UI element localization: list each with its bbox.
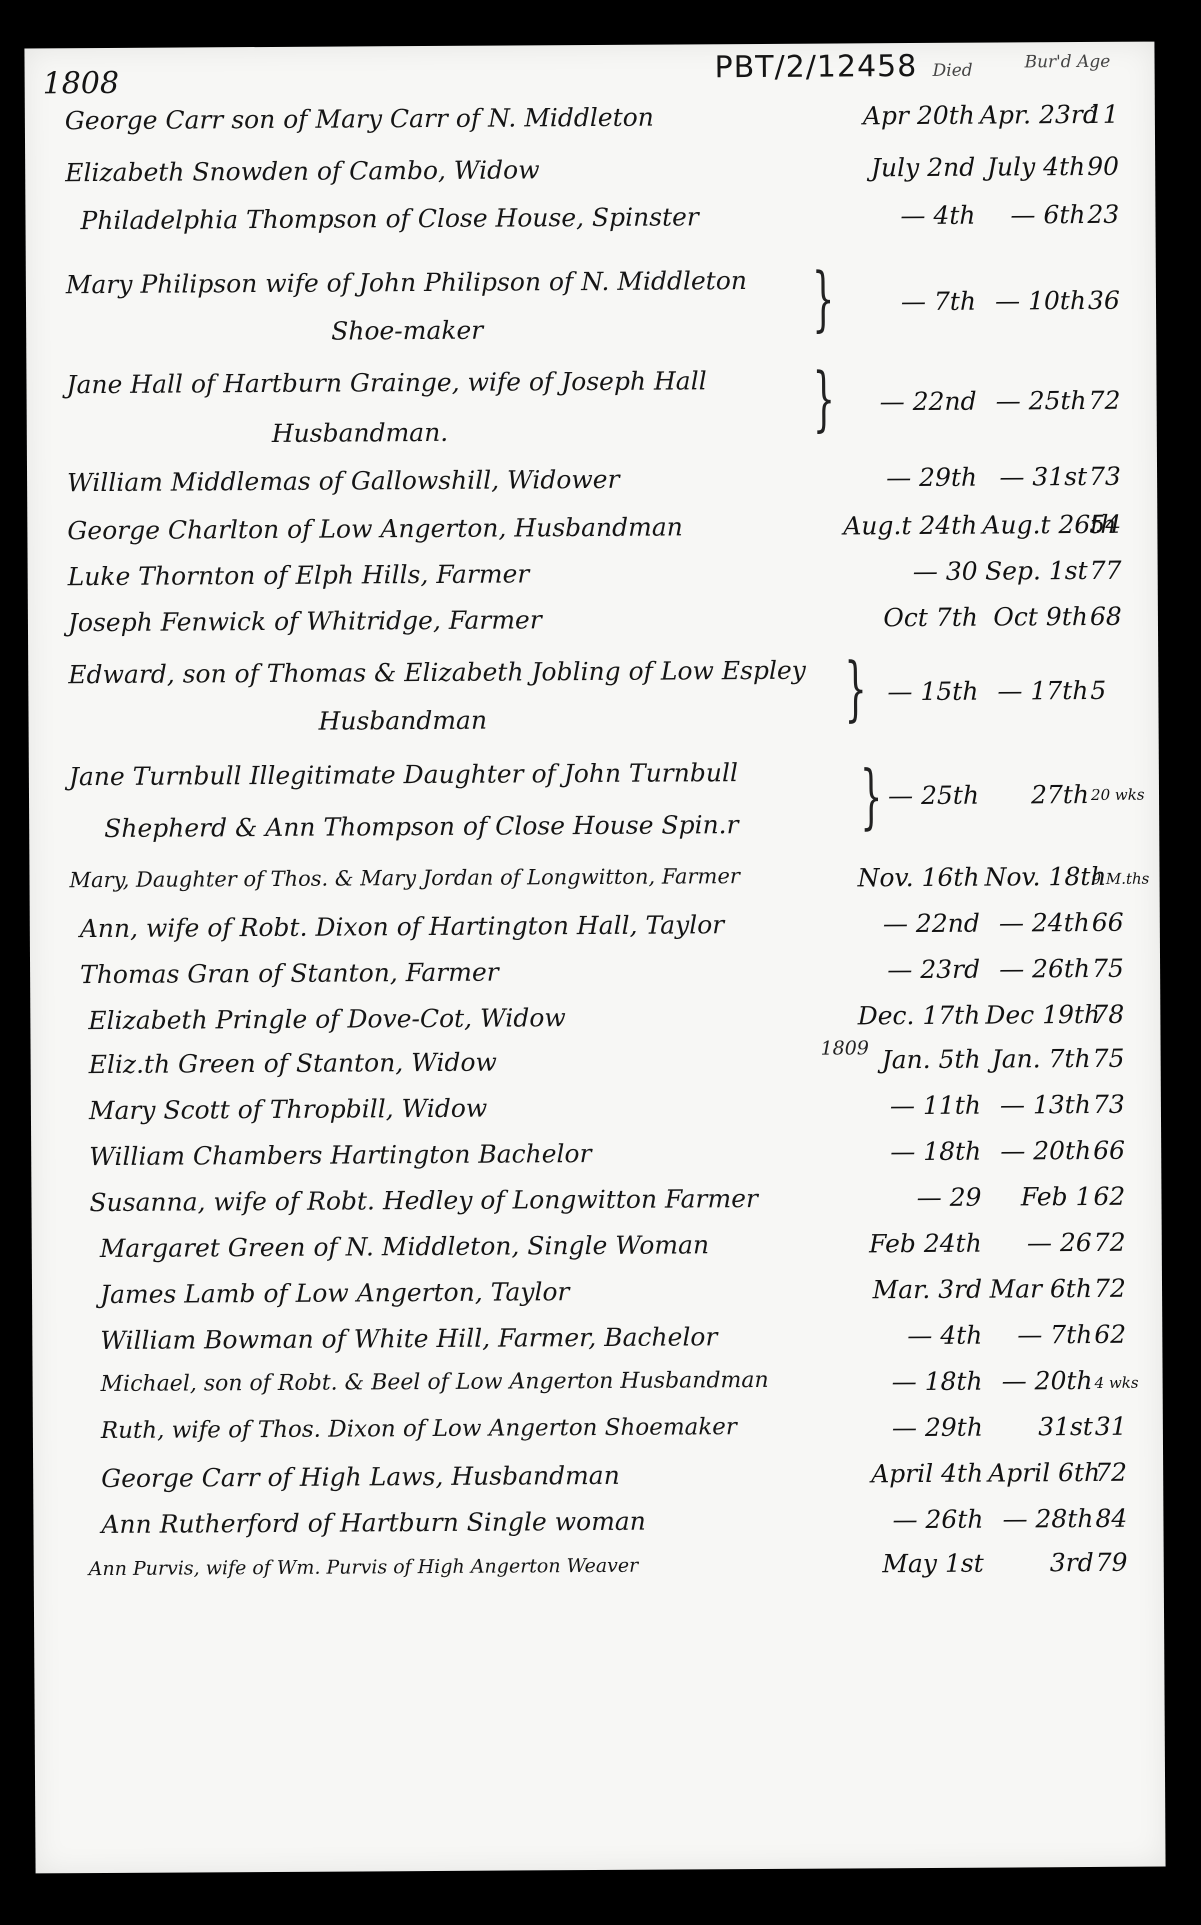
entry-text: William Chambers Hartington Bachelor	[89, 1139, 591, 1171]
buried-date: — 10th	[981, 286, 1086, 316]
died-date: — 4th	[825, 201, 975, 231]
register-year: 1808	[43, 66, 120, 101]
burial-entry: Susanna, wife of Robt. Hedley of Longwit…	[31, 1182, 1161, 1235]
age: 62	[1093, 1182, 1155, 1211]
burial-entry: Mary Philipson wife of John Philipson of…	[26, 264, 1157, 363]
died-date: — 22nd	[830, 909, 980, 939]
burial-entry: Joseph Fenwick of Whitridge, Farmer Oct …	[28, 602, 1158, 655]
died-date: — 11th	[831, 1091, 981, 1121]
burial-entry: Elizabeth Snowden of Cambo, Widow July 2…	[25, 152, 1155, 205]
buried-date: Aug.t 26th	[982, 510, 1087, 540]
entry-text: Luke Thornton of Elph Hills, Farmer	[68, 559, 530, 591]
entry-continuation: Shoe-maker	[331, 316, 483, 346]
age: 73	[1089, 462, 1151, 491]
buried-date: Feb 1	[986, 1182, 1091, 1212]
entry-continuation: Husbandman	[318, 706, 487, 736]
archive-reference: PBT/2/12458	[714, 49, 917, 85]
age: 66	[1092, 908, 1154, 937]
burial-entry: Mary Scott of Thropbill, Widow — 11th — …	[31, 1090, 1161, 1143]
buried-date: — 17th	[983, 676, 1088, 706]
died-date: — 15th	[828, 677, 978, 707]
entry-text: Michael, son of Robt. & Beel of Low Ange…	[101, 1368, 769, 1397]
age: 75	[1092, 954, 1154, 983]
entry-text: James Lamb of Low Angerton, Taylor	[100, 1277, 570, 1309]
age: 78	[1092, 1000, 1154, 1029]
entry-text: Ruth, wife of Thos. Dixon of Low Angerto…	[101, 1414, 737, 1444]
buried-date: 31st	[988, 1412, 1093, 1442]
buried-date: — 28th	[988, 1504, 1093, 1534]
burial-entry: William Bowman of White Hill, Farmer, Ba…	[32, 1320, 1162, 1373]
burial-entry: Luke Thornton of Elph Hills, Farmer — 30…	[28, 556, 1158, 609]
burial-entry: Eliz.th Green of Stanton, Widow 1809 Jan…	[31, 1044, 1161, 1097]
age: 62	[1094, 1320, 1156, 1349]
entry-text: Joseph Fenwick of Whitridge, Farmer	[68, 605, 542, 637]
died-date: Apr 20th	[825, 101, 975, 131]
buried-date: — 7th	[987, 1320, 1092, 1350]
age: 11	[1087, 100, 1149, 129]
entry-continuation: Shepherd & Ann Thompson of Close House S…	[104, 810, 739, 843]
burial-entry: William Chambers Hartington Bachelor — 1…	[31, 1136, 1161, 1189]
burial-entry: Mary, Daughter of Thos. & Mary Jordan of…	[29, 862, 1159, 915]
buried-date: — 25th	[982, 386, 1087, 416]
died-date: — 22nd	[827, 387, 977, 417]
burial-entry: Michael, son of Robt. & Beel of Low Ange…	[33, 1366, 1163, 1419]
age: 72	[1089, 386, 1151, 415]
buried-date: April 6th	[988, 1458, 1093, 1488]
entry-text: Margaret Green of N. Middleton, Single W…	[100, 1230, 709, 1263]
died-date: May 1st	[834, 1549, 984, 1579]
buried-date: Jan. 7th	[986, 1044, 1091, 1074]
died-date: Mar. 3rd	[832, 1275, 982, 1305]
age: 31	[1095, 1412, 1157, 1441]
entry-text: Elizabeth Pringle of Dove-Cot, Widow	[88, 1003, 566, 1035]
burial-entry: James Lamb of Low Angerton, Taylor Mar. …	[32, 1274, 1162, 1327]
buried-date: Oct 9th	[983, 602, 1088, 632]
burial-entry: George Charlton of Low Angerton, Husband…	[27, 510, 1157, 563]
buried-date: — 20th	[988, 1366, 1093, 1396]
age: 84	[1095, 1504, 1157, 1533]
died-date: — 4th	[832, 1321, 982, 1351]
entry-text: Mary Scott of Thropbill, Widow	[89, 1094, 488, 1125]
age: 66	[1093, 1136, 1155, 1165]
died-date: — 18th	[833, 1367, 983, 1397]
entry-text: William Bowman of White Hill, Farmer, Ba…	[100, 1322, 717, 1355]
age: 72	[1094, 1228, 1156, 1257]
buried-date: — 31st	[982, 462, 1087, 492]
died-date: Feb 24th	[832, 1229, 982, 1259]
died-date: — 26th	[833, 1505, 983, 1535]
buried-date: Mar 6th	[987, 1274, 1092, 1304]
age: 75	[1093, 1044, 1155, 1073]
buried-date: — 24th	[985, 908, 1090, 938]
column-header-died: Died	[933, 61, 973, 81]
age: 90	[1087, 152, 1149, 181]
entry-text: Thomas Gran of Stanton, Farmer	[80, 958, 499, 990]
entry-text: George Charlton of Low Angerton, Husband…	[67, 512, 683, 545]
burial-entry: Ruth, wife of Thos. Dixon of Low Angerto…	[33, 1412, 1163, 1465]
buried-date: 27th	[984, 780, 1089, 810]
buried-date: Nov. 18th	[984, 862, 1089, 892]
age: 72	[1094, 1274, 1156, 1303]
died-date: — 23rd	[830, 955, 980, 985]
burial-entry: Ann Purvis, wife of Wm. Purvis of High A…	[34, 1548, 1164, 1601]
died-date: — 29th	[827, 463, 977, 493]
burial-entry: Ann, wife of Robt. Dixon of Hartington H…	[30, 908, 1160, 961]
burial-entry: Thomas Gran of Stanton, Farmer — 23rd — …	[30, 954, 1160, 1007]
column-header-buried-age: Bur'd Age	[1024, 52, 1110, 73]
died-date: Dec. 17th	[830, 1001, 980, 1031]
buried-date: — 13th	[986, 1090, 1091, 1120]
died-date: Jan. 5th	[831, 1045, 981, 1075]
burial-entry: Jane Hall of Hartburn Grainge, wife of J…	[26, 364, 1157, 463]
died-date: — 25th	[829, 781, 979, 811]
entry-text: Philadelphia Thompson of Close House, Sp…	[80, 202, 699, 235]
buried-date: Apr. 23rd	[980, 100, 1085, 130]
burial-entry: William Middlemas of Gallowshill, Widowe…	[27, 462, 1157, 515]
age: 20 wks	[1091, 786, 1153, 804]
entry-text: George Carr son of Mary Carr of N. Middl…	[65, 103, 654, 136]
age: 72	[1095, 1458, 1157, 1487]
entry-text: George Carr of High Laws, Husbandman	[101, 1461, 620, 1493]
burial-entry: Edward, son of Thomas & Elizabeth Joblin…	[28, 654, 1159, 753]
entry-text: Jane Hall of Hartburn Grainge, wife of J…	[66, 366, 706, 399]
entry-text: William Middlemas of Gallowshill, Widowe…	[67, 465, 620, 497]
died-date: — 29th	[833, 1413, 983, 1443]
entry-text: Elizabeth Snowden of Cambo, Widow	[65, 155, 540, 187]
register-page: 1808 PBT/2/12458 Died Bur'd Age George C…	[24, 42, 1165, 1874]
died-date: Nov. 16th	[829, 863, 979, 893]
died-date: Aug.t 24th	[827, 511, 977, 541]
died-date: — 18th	[831, 1137, 981, 1167]
buried-date: — 6th	[980, 200, 1085, 230]
died-date: April 4th	[833, 1459, 983, 1489]
entry-text: Edward, son of Thomas & Elizabeth Joblin…	[68, 656, 806, 690]
entry-text: Ann Purvis, wife of Wm. Purvis of High A…	[89, 1555, 639, 1580]
died-date: July 2nd	[825, 153, 975, 183]
entry-text: Mary Philipson wife of John Philipson of…	[66, 266, 747, 299]
age: 77	[1090, 556, 1152, 585]
buried-date: 3rd	[989, 1548, 1094, 1578]
died-date: — 7th	[826, 287, 976, 317]
burial-entry: Margaret Green of N. Middleton, Single W…	[32, 1228, 1162, 1281]
died-date: — 29	[831, 1183, 981, 1213]
buried-date: Dec 19th	[985, 1000, 1090, 1030]
age: 5	[1090, 676, 1152, 705]
died-date: Oct 7th	[828, 603, 978, 633]
age: 4 wks	[1095, 1374, 1157, 1392]
entry-text: Mary, Daughter of Thos. & Mary Jordan of…	[69, 864, 739, 892]
entry-text: Eliz.th Green of Stanton, Widow	[89, 1048, 497, 1079]
buried-date: — 26th	[985, 954, 1090, 984]
age: 36	[1088, 286, 1150, 315]
age: 79	[1096, 1548, 1158, 1577]
entry-text: Ann, wife of Robt. Dixon of Hartington H…	[80, 910, 725, 943]
entry-text: Susanna, wife of Robt. Hedley of Longwit…	[89, 1184, 758, 1217]
age: 73	[1093, 1090, 1155, 1119]
burial-entry: Jane Turnbull Illegitimate Daughter of J…	[29, 756, 1160, 855]
burial-entry: George Carr son of Mary Carr of N. Middl…	[25, 100, 1155, 153]
age: 68	[1090, 602, 1152, 631]
buried-date: — 26	[987, 1228, 1092, 1258]
buried-date: July 4th	[980, 152, 1085, 182]
entry-text: Ann Rutherford of Hartburn Single woman	[101, 1507, 646, 1539]
entry-text: Jane Turnbull Illegitimate Daughter of J…	[69, 758, 738, 791]
entry-continuation: Husbandman.	[272, 418, 449, 448]
buried-date: — 20th	[986, 1136, 1091, 1166]
burial-entry: Philadelphia Thompson of Close House, Sp…	[25, 200, 1155, 253]
age: 23	[1087, 200, 1149, 229]
burial-entry: George Carr of High Laws, Husbandman Apr…	[33, 1458, 1163, 1511]
age: 9 M.ths	[1091, 870, 1153, 888]
died-date: — 30	[828, 557, 978, 587]
age: 54	[1089, 510, 1151, 539]
buried-date: Sep. 1st	[983, 556, 1088, 586]
